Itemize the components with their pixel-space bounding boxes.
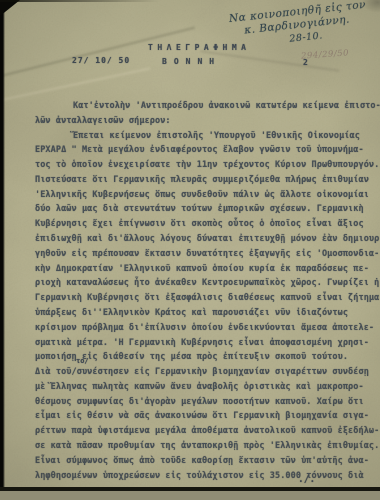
telegram-title: ΤΗΛΕΓΡΑΦΗΜΑ <box>148 43 250 52</box>
scan-corner-top-left <box>0 0 20 16</box>
scan-smudge-top-right <box>346 0 380 28</box>
telegram-body: Κατ'ἐντολὴν 'Αντιπροέδρου ἀνακοινῶ κατωτ… <box>35 99 375 483</box>
body-line: δύο λαῶν μας διὰ στενωτάτων τούτων ἐμπορ… <box>35 202 375 217</box>
body-line: σε κατὰ πᾶσαν προθυμίαν της ἀνταποκριθῇ … <box>35 439 375 454</box>
typed-insertion-correction: το/ <box>76 357 89 365</box>
body-line: ριοχὴ καταναλώσεως ἦτο ἀνέκαθεν Κεντροευ… <box>35 276 375 291</box>
body-line: ΕΡΧΑΡΔ " Μετὰ μεγάλου ἐνδιαφέροντος ἔλαβ… <box>35 143 375 158</box>
body-line: μὲ Ἕλληνας πωλητὰς καπνῶν ἄνευ ἀναβολῆς … <box>35 380 375 395</box>
body-line: ρέττων παρὰ ὑφιστάμενα μεγάλα ἀποθέματα … <box>35 424 375 439</box>
body-line: σματικὰ μέτρα. 'Η Γερμανικὴ Κυβέρνησις ε… <box>35 336 375 351</box>
body-line: θέσμους συμφωνίας δι'ἀγορὰν μεγάλων ποσο… <box>35 395 375 410</box>
body-line: 'Ελληνικῆς Κυβερνήσεως ὅπως συνδεθοῦν πά… <box>35 188 375 203</box>
body-line: Εἶναι σύμφωνος ὅπως ἀπὸ τοῦδε καθορίσῃ ἔ… <box>35 454 375 469</box>
telegram-date: 27/ 10/ 50 <box>72 56 130 65</box>
body-line: λῶν ἀνταλλαγεισῶν σήμερον: <box>35 114 375 129</box>
body-line: ἐπιδιωχθῇ καὶ δι'ἄλλους λόγους δύναται ἐ… <box>35 232 375 247</box>
body-line: Πιστεύσατε ὅτι Γερμανικῆς πλευρᾶς συμμερ… <box>35 173 375 188</box>
telegram-scan-page: Να κοινοποιηθῆ εἰς τον κ. Βαρδινογιάννη.… <box>0 0 380 500</box>
body-line: εἶμαι εἰς θέσιν νὰ σᾶς ἀνακοινώσω ὅτι Γε… <box>35 409 375 424</box>
body-line: Ἕπεται κείμενον ἐπιστολῆς 'Υπουργοῦ 'Εθν… <box>35 129 375 144</box>
scan-edge-top <box>0 0 160 2</box>
body-line: κρίσιμον πρόβλημα δι'ἐπίλυσιν ὁποίου ἐνδ… <box>35 321 375 336</box>
body-line: Διὰ τοῦ/συνέστησεν εἰς Γερμανικὴν βιομηχ… <box>35 365 375 380</box>
body-line: Γερμανικὴ Κυβέρνησις ὅτι ἐξασφάλισις δια… <box>35 291 375 306</box>
telegram-origin: ΒΟΝΝΗ <box>162 57 221 66</box>
body-line: Κυβέρνησις ἔχει ἐπίγνωσιν ὅτι σκοπὸς οὗτ… <box>35 217 375 232</box>
body-line: κὴν Δημοκρατίαν 'Ελληνικοῦ καπνοῦ ὁποίου… <box>35 262 375 277</box>
body-line: ληφθησομένων ὑποχρεώσεων εἰς τοὐλάχιστον… <box>35 469 375 484</box>
body-line: τος τὸ ὁποῖον ἐνεχειρίσατε τὴν 11ην τρέχ… <box>35 158 375 173</box>
paper-crease <box>0 67 150 102</box>
page-number: 2 <box>303 58 308 67</box>
body-line: Κατ'ἐντολὴν 'Αντιπροέδρου ἀνακοινῶ κατωτ… <box>35 99 375 114</box>
continuation-mark: ./. <box>298 474 315 485</box>
scan-margin-bottom <box>0 491 380 500</box>
scan-edge-left <box>0 0 5 490</box>
paper-crease <box>0 27 195 80</box>
reference-number: 294/29/50 <box>301 48 350 61</box>
body-line: ὑπάρξεως δι''Ελληνικὸν Κράτος καὶ παρουσ… <box>35 306 375 321</box>
body-line: γηθοῦν εἰς πρέπουσαν ἔκτασιν δυνατότητες… <box>35 247 375 262</box>
